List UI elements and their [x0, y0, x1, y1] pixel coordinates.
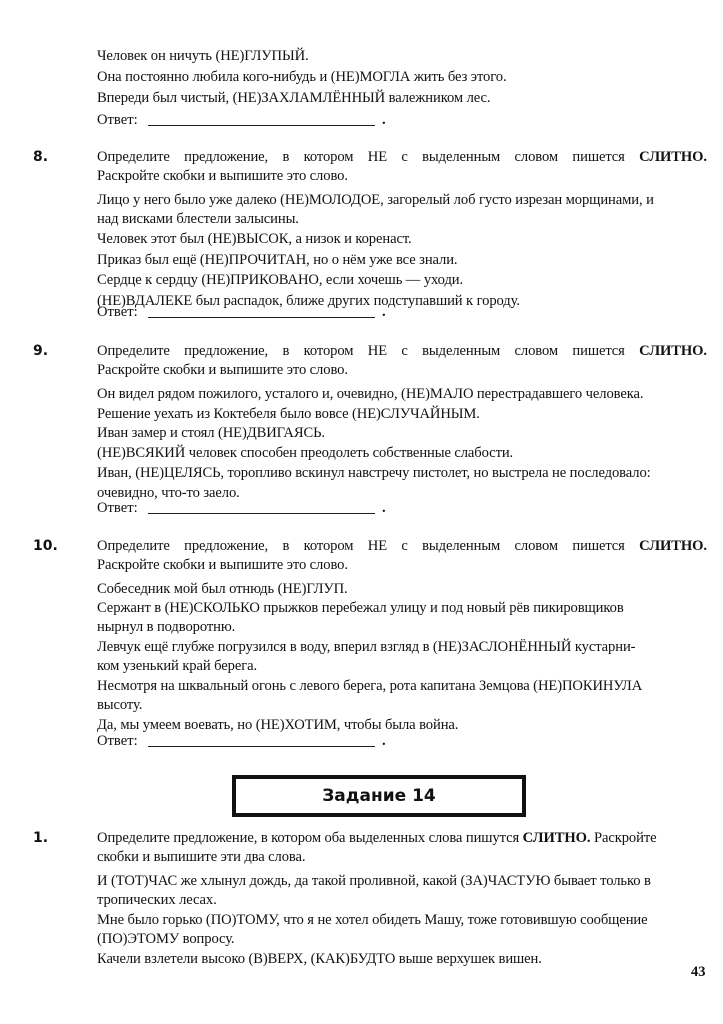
prompt-word: в [282, 148, 289, 166]
option-sentence: (НЕ)ВСЯКИЙ человек способен преодолеть с… [97, 444, 513, 462]
option-sentence: Мне было горько (ПО)ТОМУ, что я не хотел… [97, 911, 648, 929]
task-number: 1. [33, 829, 48, 847]
answer-label: Ответ: [97, 111, 138, 129]
task-prompt: Определите предложение, в котором оба вы… [97, 829, 656, 847]
answer-dot: . [382, 111, 386, 129]
prompt-word: выделенным [422, 342, 500, 360]
prompt-word: пишется [572, 537, 624, 555]
task-prompt-line2: Раскройте скобки и выпишите это слово. [97, 556, 348, 574]
task-number: 9. [33, 342, 48, 360]
prompt-word: пишется [572, 342, 624, 360]
option-sentence: Впереди был чистый, (НЕ)ЗАХЛАМЛЁННЫЙ вал… [97, 89, 490, 107]
section-title: Задание 14 [322, 786, 436, 806]
prompt-word: с [401, 537, 407, 555]
option-sentence: И (ТОТ)ЧАС же хлынул дождь, да такой про… [97, 872, 651, 890]
option-sentence: Она постоянно любила кого-нибудь и (НЕ)М… [97, 68, 507, 86]
textbook-page: Человек он ничуть (НЕ)ГЛУПЫЙ. Она постоя… [0, 0, 723, 1024]
prompt-word: НЕ [368, 537, 387, 555]
prompt-word: Определите [97, 148, 170, 166]
option-sentence: Сердце к сердцу (НЕ)ПРИКОВАНО, если хоче… [97, 271, 463, 289]
prompt-word: котором [304, 537, 354, 555]
prompt-word: выделенным [422, 537, 500, 555]
answer-line[interactable] [148, 317, 375, 318]
prompt-word: котором [304, 342, 354, 360]
answer-line[interactable] [148, 125, 375, 126]
prompt-word: НЕ [368, 148, 387, 166]
option-sentence: Человек этот был (НЕ)ВЫСОК, а низок и ко… [97, 230, 412, 248]
task-number: 10. [33, 537, 58, 555]
option-sentence: Он видел рядом пожилого, усталого и, оче… [97, 385, 643, 403]
option-sentence: Иван, (НЕ)ЦЕЛЯСЬ, торопливо вскинул навс… [97, 464, 651, 482]
task-prompt-line2: Раскройте скобки и выпишите это слово. [97, 361, 348, 379]
page-number: 43 [691, 964, 706, 981]
option-sentence: (ПО)ЭТОМУ вопросу. [97, 930, 234, 948]
answer-label: Ответ: [97, 499, 138, 517]
prompt-word: предложение, [184, 342, 268, 360]
prompt-word: словом [515, 537, 559, 555]
task-prompt-line2: скобки и выпишите эти два слова. [97, 848, 305, 866]
task-prompt-line2: Раскройте скобки и выпишите это слово. [97, 167, 348, 185]
prompt-word: словом [515, 342, 559, 360]
answer-field[interactable]: Ответ: . [97, 732, 397, 750]
task-prompt: Определите предложение, в котором НЕ с в… [97, 537, 707, 555]
option-sentence: Несмотря на шквальный огонь с левого бер… [97, 677, 642, 695]
option-sentence: Иван замер и стоял (НЕ)ДВИГАЯСЬ. [97, 424, 325, 442]
answer-label: Ответ: [97, 732, 138, 750]
answer-field[interactable]: Ответ: . [97, 499, 397, 517]
prompt-word: предложение, [184, 537, 268, 555]
answer-dot: . [382, 303, 386, 321]
prompt-word: в [282, 537, 289, 555]
option-sentence: Человек он ничуть (НЕ)ГЛУПЫЙ. [97, 47, 309, 65]
answer-field[interactable]: Ответ: . [97, 303, 397, 321]
option-sentence: над висками блестели залысины. [97, 210, 299, 228]
option-sentence: Качели взлетели высоко (В)ВЕРХ, (КАК)БУД… [97, 950, 542, 968]
prompt-word: пишется [572, 148, 624, 166]
prompt-word: Определите [97, 342, 170, 360]
option-sentence: Лицо у него было уже далеко (НЕ)МОЛОДОЕ,… [97, 191, 654, 209]
task-number: 8. [33, 148, 48, 166]
prompt-keyword: СЛИТНО. [639, 342, 707, 360]
answer-label: Ответ: [97, 303, 138, 321]
prompt-word: предложение, [184, 148, 268, 166]
answer-dot: . [382, 499, 386, 517]
prompt-word: котором [304, 148, 354, 166]
prompt-word: Определите [97, 537, 170, 555]
task-prompt: Определите предложение, в котором НЕ с в… [97, 342, 707, 360]
option-sentence: высоту. [97, 696, 142, 714]
prompt-word: в [282, 342, 289, 360]
option-sentence: ком узенький край берега. [97, 657, 257, 675]
answer-line[interactable] [148, 513, 375, 514]
prompt-word: выделенным [422, 148, 500, 166]
task-prompt: Определите предложение, в котором НЕ с в… [97, 148, 707, 166]
prompt-word: словом [515, 148, 559, 166]
option-sentence: тропических лесах. [97, 891, 217, 909]
section-header: Задание 14 [232, 775, 526, 817]
prompt-word: с [401, 342, 407, 360]
answer-line[interactable] [148, 746, 375, 747]
option-sentence: Сержант в (НЕ)СКОЛЬКО прыжков перебежал … [97, 599, 624, 617]
answer-field[interactable]: Ответ: . [97, 111, 397, 129]
option-sentence: Левчук ещё глубже погрузился в воду, впе… [97, 638, 635, 656]
option-sentence: Приказ был ещё (НЕ)ПРОЧИТАН, но о нём уж… [97, 251, 457, 269]
prompt-keyword: СЛИТНО. [639, 537, 707, 555]
option-sentence: Собеседник мой был отнюдь (НЕ)ГЛУП. [97, 580, 348, 598]
answer-dot: . [382, 732, 386, 750]
prompt-word: с [401, 148, 407, 166]
option-sentence: Решение уехать из Коктебеля было вовсе (… [97, 405, 480, 423]
option-sentence: нырнул в подворотню. [97, 618, 235, 636]
prompt-keyword: СЛИТНО. [639, 148, 707, 166]
prompt-word: НЕ [368, 342, 387, 360]
